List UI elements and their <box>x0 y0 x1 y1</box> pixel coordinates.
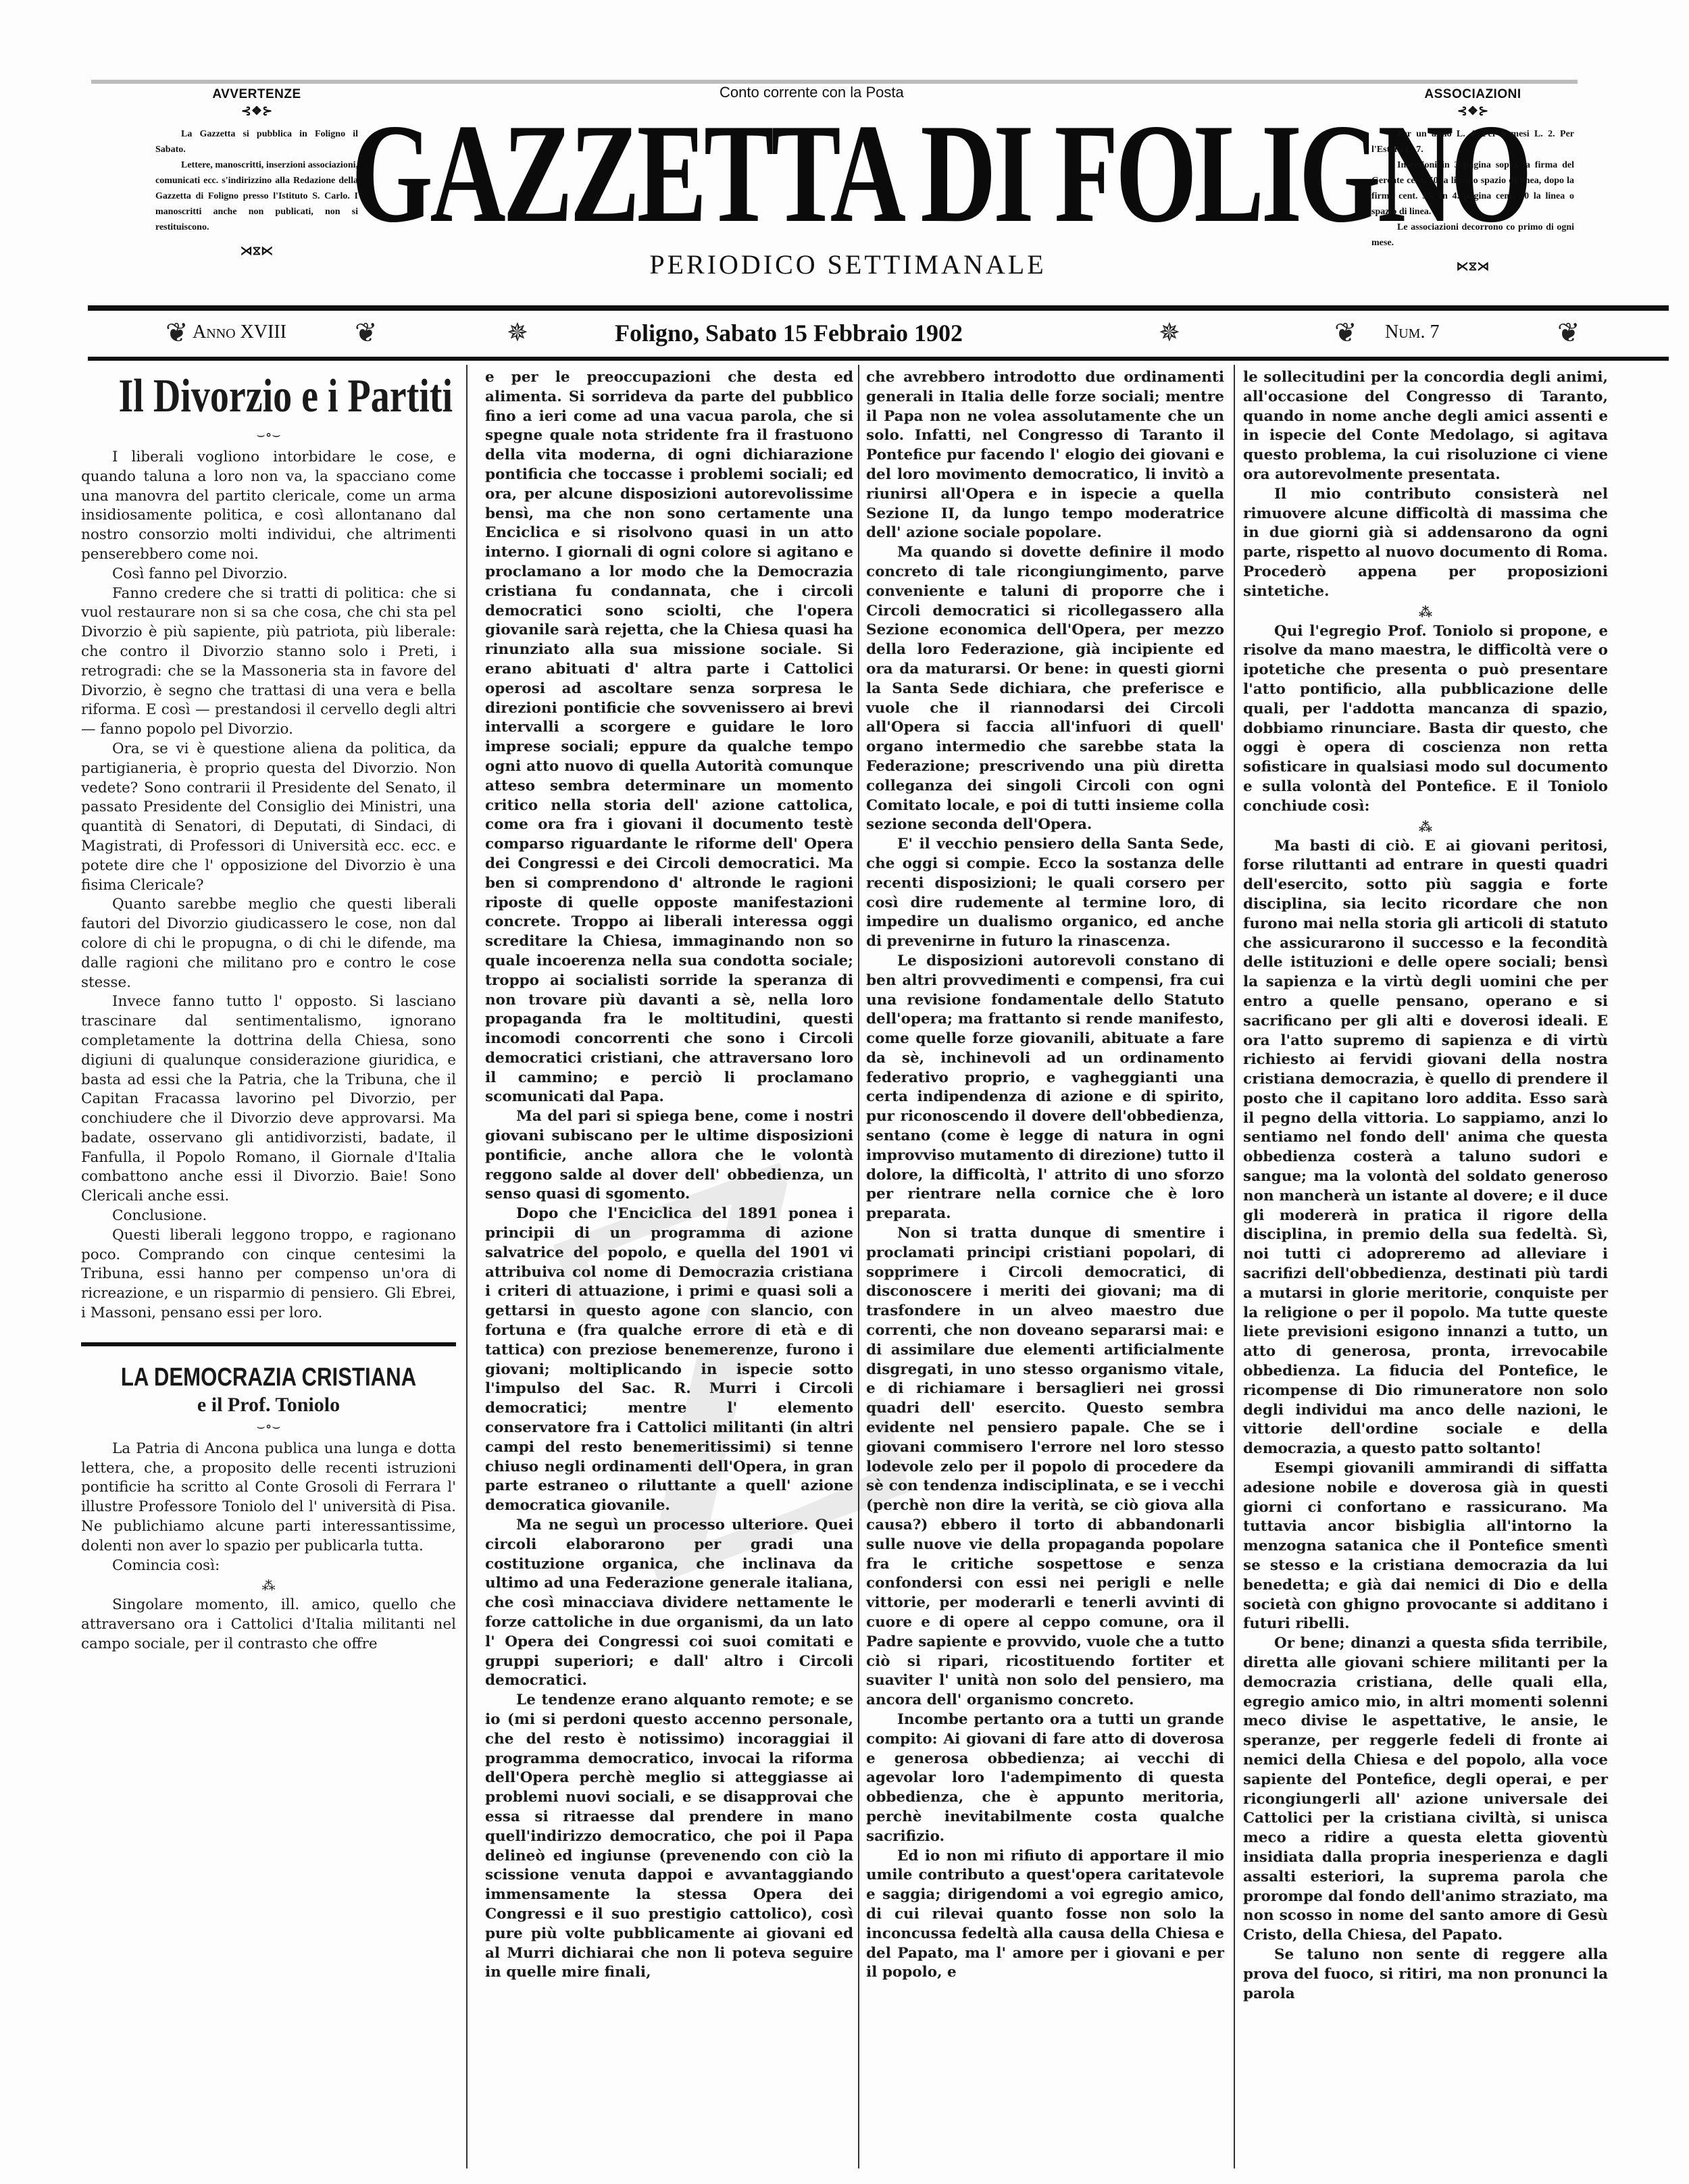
article2-intro-2: Comincia così: <box>81 1556 456 1576</box>
newspaper-page: AVVERTENZE ⊰❖⊱ La Gazzetta si pubblica i… <box>0 0 1689 2184</box>
dateline-bar: ❦ Anno XVIII ❦ ✵ Foligno, Sabato 15 Febb… <box>88 312 1669 355</box>
article-headline: Il Divorzio e i Partiti <box>119 371 419 422</box>
article1-p6: Invece fanno tutto l' opposto. Si lascia… <box>81 992 456 1207</box>
column-3: che avrebbero introdotto due ordinamenti… <box>866 368 1224 1983</box>
asterism-icon: ⁂ <box>1243 821 1608 833</box>
avvertenze-box: AVVERTENZE ⊰❖⊱ La Gazzetta si pubblica i… <box>155 86 358 259</box>
avvertenze-p1: La Gazzetta si pubblica in Foligno il Sa… <box>155 126 358 157</box>
fleuron-icon: ❦ <box>355 315 378 351</box>
article2-c4-p1: le sollecitudini per la concordia degli … <box>1243 368 1608 485</box>
dateline-rule-bottom <box>88 357 1669 361</box>
article1-p7: Conclusione. <box>81 1207 456 1226</box>
article1-p1: I liberali vogliono intorbidare le cose,… <box>81 448 456 565</box>
article2-c3-p6: Incombe pertanto ora a tutti un grande c… <box>866 1710 1224 1847</box>
asterism-icon: ⁂ <box>1243 606 1608 618</box>
ornament-icon: ⊰❖⊱ <box>1371 103 1574 118</box>
fleuron-icon: ❦ <box>166 315 188 351</box>
article1-p8: Questi liberali leggono troppo, e ragion… <box>81 1226 456 1323</box>
article2-subheadline: e il Prof. Toniolo <box>81 1392 456 1418</box>
associazioni-p2: Insersioni in 3 pagina sopra la firma de… <box>1371 157 1574 220</box>
article2-c2-p3: Dopo che l'Enciclica del 1891 ponea i pr… <box>485 1204 853 1516</box>
flourish-icon: ⌣∘⌣ <box>81 1418 456 1434</box>
masthead-title: GAZZETTA DI FOLIGNO <box>351 108 1096 240</box>
star-ornament-icon: ✵ <box>507 318 528 347</box>
article2-c3-p2: Ma quando si dovette definire il modo co… <box>866 543 1224 835</box>
article2-c3-p5: Non si tratta dunque di smentire i procl… <box>866 1224 1224 1710</box>
ornament-icon: ⋉⧖⋊ <box>1371 259 1574 274</box>
ornament-icon: ⋊⧖⋉ <box>155 243 358 259</box>
article2-c4-p4: Ma basti di ciò. E ai giovani peritosi, … <box>1243 837 1608 1460</box>
article2-c2-p1: e per le preoccupazioni che desta ed ali… <box>485 368 853 1107</box>
article2-c4-p2: Il mio contributo consisterà nel rimuove… <box>1243 485 1608 602</box>
column-4: le sollecitudini per la concordia degli … <box>1243 368 1608 2004</box>
article2-c3-p4: Le disposizioni autorevoli constano di b… <box>866 952 1224 1224</box>
article2-intro-1: La Patria di Ancona publica una lunga e … <box>81 1440 456 1556</box>
article2-c2-p4: Ma ne seguì un processo ulteriore. Quei … <box>485 1516 853 1691</box>
article2-c3-p7: Ed io non mi rifiuto di apportare il mio… <box>866 1847 1224 1983</box>
column-2: e per le preoccupazioni che desta ed ali… <box>485 368 853 1983</box>
ornament-icon: ⊰❖⊱ <box>155 103 358 118</box>
article2-c3-p3: E' il vecchio pensiero della Santa Sede,… <box>866 835 1224 952</box>
article2-c3-p1: che avrebbero introdotto due ordinamenti… <box>866 368 1224 543</box>
flourish-icon: ⌣∘⌣ <box>81 426 456 442</box>
article1-p3: Fanno credere che si tratti di politica:… <box>81 584 456 740</box>
associazioni-box: ASSOCIAZIONI ⊰❖⊱ Per un anno L. 4. Per 6… <box>1371 86 1574 274</box>
article2-c2-p2: Ma del pari si spiega bene, come i nostr… <box>485 1107 853 1204</box>
issue-number: Num. 7 <box>1385 322 1439 343</box>
masthead-subtitle: PERIODICO SETTIMANALE <box>530 249 1165 280</box>
associazioni-p1: Per un anno L. 4. Per 6 mesi L. 2. Per l… <box>1371 126 1574 157</box>
article2-c2-p5: Le tendenze erano alquanto remote; e se … <box>485 1691 853 1983</box>
column-divider <box>858 365 859 2168</box>
column-divider <box>1234 365 1235 2168</box>
article1-p5: Quanto sarebbe meglio che questi liberal… <box>81 895 456 992</box>
fleuron-icon: ❦ <box>1557 315 1580 351</box>
asterism-icon: ⁂ <box>81 1579 456 1592</box>
issue-date: Foligno, Sabato 15 Febbraio 1902 <box>615 319 963 347</box>
article2-c4-p3: Qui l'egregio Prof. Toniolo si propone, … <box>1243 622 1608 817</box>
avvertenze-heading: AVVERTENZE <box>155 86 358 102</box>
associazioni-heading: ASSOCIAZIONI <box>1371 86 1574 102</box>
column-divider <box>466 365 468 2168</box>
fleuron-icon: ❦ <box>1334 315 1357 351</box>
article2-c4-p6: Or bene; dinanzi a questa sfida terribil… <box>1243 1634 1608 1946</box>
article2-c4-p5: Esempi giovanili ammirandi di siffatta a… <box>1243 1459 1608 1634</box>
star-ornament-icon: ✵ <box>1159 318 1180 347</box>
dateline-rule-top <box>88 305 1669 311</box>
article2-letter-start: Singolare momento, ill. amico, quello ch… <box>81 1596 456 1654</box>
article2-c4-p7: Se taluno non sente di reggere alla prov… <box>1243 1946 1608 2004</box>
article1-p2: Così fanno pel Divorzio. <box>81 565 456 584</box>
anno: Anno XVIII <box>193 322 286 343</box>
associazioni-p3: Le associazioni decorrono co primo di og… <box>1371 220 1574 251</box>
article1-p4: Ora, se vi è questione aliena da politic… <box>81 740 456 895</box>
avvertenze-p2: Lettere, manoscritti, inserzioni associa… <box>155 157 358 235</box>
article2-headline: LA DEMOCRAZIA CRISTIANA <box>115 1363 422 1392</box>
column-1: Il Divorzio e i Partiti ⌣∘⌣ I liberali v… <box>81 368 456 1654</box>
article-separator <box>81 1342 456 1346</box>
